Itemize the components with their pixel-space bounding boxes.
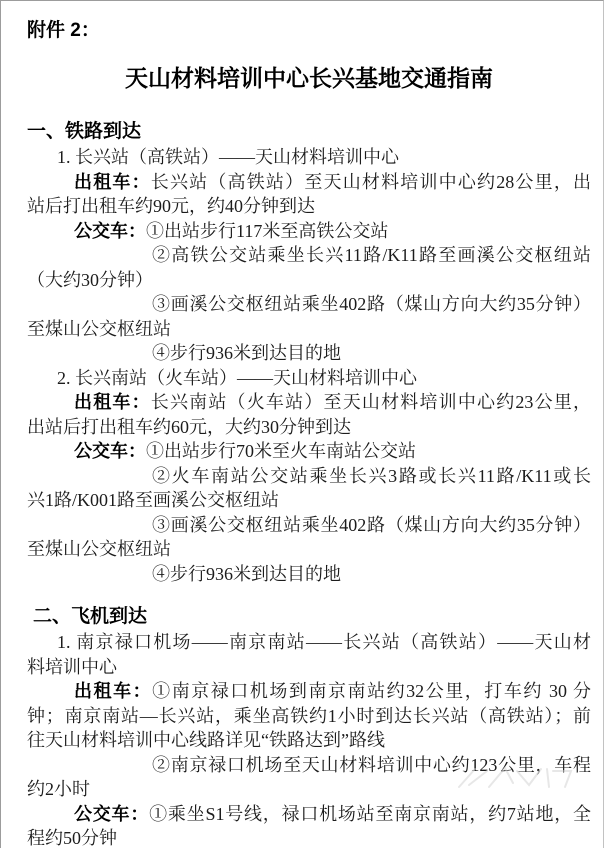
text-line: ②高铁公交站乘坐长兴11路/K11路至画溪公交枢纽站 [152,243,591,268]
attachment-label: 附件 2： [27,17,591,45]
text-line: 公交车：①出站步行70米至火车南站公交站 [74,439,591,464]
bold-label: 出租车： [74,172,151,192]
bold-label: 公交车： [74,804,149,824]
text-line: 2. 长兴南站（火车站）——天山材料培训中心 [57,366,591,391]
bold-label: 出租车： [74,392,151,412]
line-text: ①出站步行70米至火车南站公交站 [146,441,416,461]
text-line: 程约50分钟 [27,826,591,848]
text-line: 出租车：长兴站（高铁站）至天山材料培训中心约28公里，出 [74,170,591,195]
text-line: 料培训中心 [27,655,591,680]
text-line: 至煤山公交枢纽站 [27,537,591,562]
line-text: 长兴站（高铁站）至天山材料培训中心约28公里，出 [151,172,591,192]
text-line: 约2小时 [27,777,591,802]
text-line: 公交车：①乘坐S1号线，禄口机场站至南京南站，约7站地，全 [74,802,591,827]
text-line: ③画溪公交枢纽站乘坐402路（煤山方向大约35分钟） [152,513,591,538]
line-text: ①出站步行117米至高铁公交站 [146,221,388,241]
document-title: 天山材料培训中心长兴基地交通指南 [27,63,591,93]
text-line: 出租车：长兴南站（火车站）至天山材料培训中心约23公里， [74,390,591,415]
text-line: 站后打出租车约90元，约40分钟到达 [27,194,591,219]
section-heading: 二、飞机到达 [33,604,591,630]
text-line: 出站后打出租车约60元，大约30分钟到达 [27,415,591,440]
section-airplane: 二、飞机到达 1. 南京禄口机场——南京南站——长兴站（高铁站）——天山材 料培… [27,604,591,848]
bold-label: 出租车： [74,681,152,701]
line-text: ①乘坐S1号线，禄口机场站至南京南站，约7站地，全 [149,804,591,824]
text-line: 1. 南京禄口机场——南京南站——长兴站（高铁站）——天山材 [57,630,591,655]
text-line: 1. 长兴站（高铁站）——天山材料培训中心 [57,145,591,170]
text-line: ②南京禄口机场至天山材料培训中心约123公里，车程 [152,753,591,778]
bold-label: 公交车： [74,441,146,461]
text-line: 钟；南京南站—长兴站，乘坐高铁约1小时到达长兴站（高铁站）；前 [27,704,591,729]
section-railway: 一、铁路到达 1. 长兴站（高铁站）——天山材料培训中心 出租车：长兴站（高铁站… [27,119,591,586]
section-heading: 一、铁路到达 [27,119,591,145]
text-line: ④步行936米到达目的地 [152,341,591,366]
text-line: 兴1路/K001路至画溪公交枢纽站 [27,488,591,513]
text-line: 出租车：①南京禄口机场到南京南站约32公里，打车约 30 分 [74,679,591,704]
text-line: ③画溪公交枢纽站乘坐402路（煤山方向大约35分钟） [152,292,591,317]
document-page: 附件 2： 天山材料培训中心长兴基地交通指南 一、铁路到达 1. 长兴站（高铁站… [0,0,604,848]
text-line: ②火车南站公交站乘坐长兴3路或长兴11路/K11或长 [152,464,591,489]
line-text: 长兴南站（火车站）至天山材料培训中心约23公里， [151,392,591,412]
document-content: 附件 2： 天山材料培训中心长兴基地交通指南 一、铁路到达 1. 长兴站（高铁站… [27,11,591,848]
line-text: ①南京禄口机场到南京南站约32公里，打车约 30 分 [152,681,591,701]
text-line: ④步行936米到达目的地 [152,562,591,587]
text-line: （大约30分钟） [27,268,591,293]
text-line: 至煤山公交枢纽站 [27,317,591,342]
bold-label: 公交车： [74,221,146,241]
text-line: 公交车：①出站步行117米至高铁公交站 [74,219,591,244]
text-line: 往天山材料培训中心线路详见“铁路达到”路线 [27,728,591,753]
